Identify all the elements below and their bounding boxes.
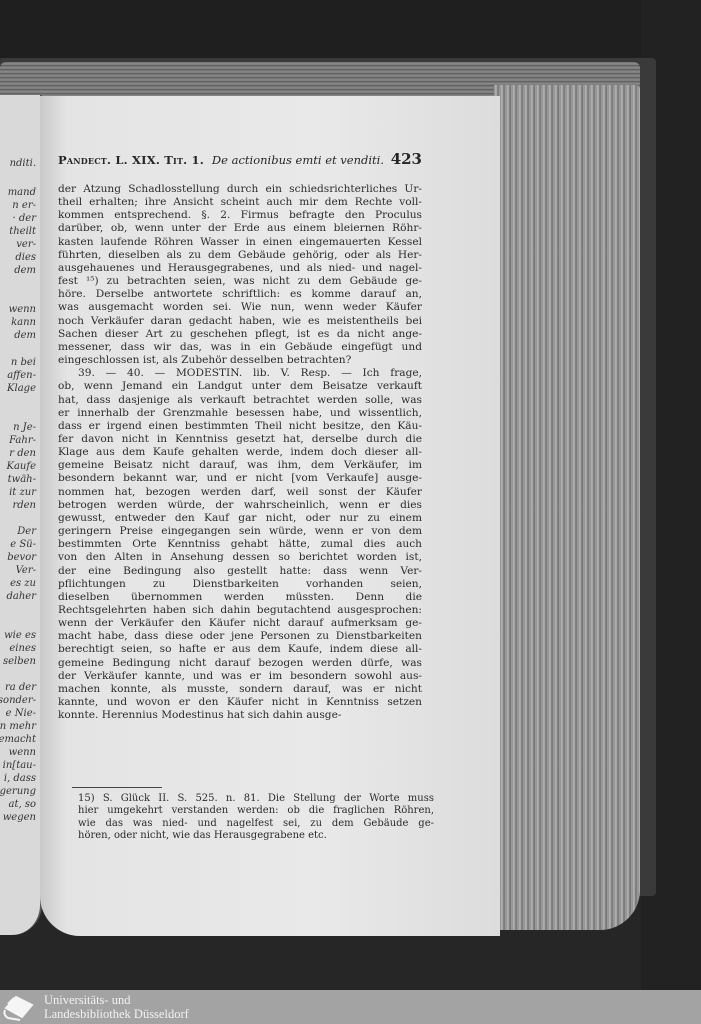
text-line: Sachen dieser Art zu geschehen pflegt, i… <box>58 328 422 341</box>
text-line: dass er irgend einen bestimmten Theil ni… <box>58 420 422 433</box>
left-page-text-fragment: Kaufe <box>7 461 37 472</box>
text-line: Rechtsgelehrten haben sich dahin begutac… <box>58 604 422 617</box>
text-line: fest ¹⁵) zu betrachten seien, was nicht … <box>58 275 422 288</box>
text-line: 39. — 40. — MODESTIN. lib. V. Resp. — Ic… <box>58 367 422 380</box>
left-page-text-fragment: dem <box>14 330 36 341</box>
text-line: kannte, und wovon er den Käufer nicht in… <box>58 696 422 709</box>
library-name-line2: Landesbibliothek Düsseldorf <box>44 1007 189 1021</box>
text-line: gewusst, entweder den Kauf gar nicht, od… <box>58 512 422 525</box>
left-page-text-fragment: n bei <box>11 357 36 368</box>
left-page-text-fragment: e Nie- <box>6 708 36 719</box>
footnote-line: 15) S. Glück II. S. 525. n. 81. Die Stel… <box>78 793 434 805</box>
footnote-line: wie das was nied- und nagelfest sei, zu … <box>78 818 434 830</box>
text-line: dieselben übernommen werden müssten. Den… <box>58 591 422 604</box>
text-line: noch Verkäufer daran gedacht haben, wie … <box>58 315 422 328</box>
left-page-text-fragment: daher <box>6 591 36 602</box>
text-line: ob, wenn Jemand ein Landgut unter dem Be… <box>58 380 422 393</box>
text-line: berechtigt seien, so hafte er aus dem Ka… <box>58 643 422 656</box>
left-page-text-fragment: dem <box>14 265 36 276</box>
text-line: darüber, ob, wenn unter der Erde aus ein… <box>58 222 422 235</box>
left-page-text-fragment: es zu <box>10 578 36 589</box>
left-page-text-fragment: emacht <box>0 734 36 745</box>
footnote-divider <box>72 787 162 788</box>
left-page-text-fragment: affen- <box>7 370 36 381</box>
left-page-text-fragment: at, so <box>9 799 37 810</box>
text-line: von den Alten in Ansehung dessen so beri… <box>58 551 422 564</box>
left-page-text-fragment: Ver- <box>16 565 36 576</box>
left-page-text-fragment: twäh- <box>8 474 36 485</box>
library-footer-bar: Universitäts- und Landesbibliothek Düsse… <box>0 990 701 1024</box>
left-page-text-fragment: Fahr- <box>9 435 36 446</box>
text-line: konnte. Herennius Modestinus hat sich da… <box>58 709 422 722</box>
left-page-text-fragment: r den <box>9 448 36 459</box>
text-line: macht habe, dass diese oder jene Persone… <box>58 630 422 643</box>
text-line: der eine Bedingung also gestellt hatte: … <box>58 565 422 578</box>
text-line: ausgehauenes und Herausgegrabenes, und a… <box>58 262 422 275</box>
text-line: geringern Preise eingegangen sein würde,… <box>58 525 422 538</box>
left-page-text-fragment: e Sü- <box>10 539 36 550</box>
text-line: fer davon nicht in Kenntniss gesetzt hat… <box>58 433 422 446</box>
left-page-text-fragment: sonder- <box>0 695 36 706</box>
running-head-title: De actionibus emti et venditi. <box>212 153 391 167</box>
text-line: hat, dass dasjenige als verkauft betrach… <box>58 394 422 407</box>
left-page-text-fragment: theilt <box>9 226 36 237</box>
left-page-text-fragment: rden <box>12 500 36 511</box>
left-page-text-fragment: Der <box>17 526 36 537</box>
footnote-line: hören, oder nicht, wie das Herausgegrabe… <box>78 830 434 842</box>
text-line: höre. Derselbe antwortete schriftlich: e… <box>58 288 422 301</box>
running-head-section: Pandect. L. XIX. Tit. 1. <box>58 153 204 167</box>
text-line: führten, dieselben als zu dem Gebäude ge… <box>58 249 422 262</box>
library-book-logo-icon <box>2 992 36 1022</box>
text-line: der Atzung Schadlosstellung durch ein sc… <box>58 183 422 196</box>
page-number: 423 <box>391 150 422 168</box>
left-page-text-fragment: in[tau- <box>3 760 36 771</box>
footnote-line: hier umgekehrt verstanden werden: ob die… <box>78 805 434 817</box>
running-head: Pandect. L. XIX. Tit. 1. De actionibus e… <box>58 150 422 168</box>
text-line: besondern bekannt war, und er nicht [vom… <box>58 472 422 485</box>
left-page-text-fragment: n er- <box>12 200 36 211</box>
text-line: kasten laufende Röhren Wasser in einen e… <box>58 236 422 249</box>
left-page-text-fragment: · der <box>13 213 36 224</box>
left-page-text-fragment: nditi. <box>10 158 36 169</box>
left-page-text-fragment: i, dass <box>4 773 36 784</box>
library-name: Universitäts- und Landesbibliothek Düsse… <box>44 993 189 1021</box>
text-line: was ausgemacht worden sei. Wie nun, wenn… <box>58 301 422 314</box>
left-page-text-fragment: ra der <box>5 682 36 693</box>
text-line: pflichtungen zu Dienstbarkeiten vorhande… <box>58 578 422 591</box>
left-page-text-fragment: mand <box>8 187 36 198</box>
left-page-text-fragment: ver- <box>16 239 36 250</box>
left-page-text-fragment: gerung <box>0 786 36 797</box>
text-line: wenn der Verkäufer den Käufer nicht dara… <box>58 617 422 630</box>
text-line: Klage aus dem Kaufe gehalten werde, inde… <box>58 446 422 459</box>
text-line: er innerhalb der Grenzmahle besessen hab… <box>58 407 422 420</box>
text-line: theil erhalten; ihre Ansicht scheint auc… <box>58 196 422 209</box>
main-text-block: der Atzung Schadlosstellung durch ein sc… <box>58 183 422 722</box>
text-line: der Verkäufer kannte, und was er im beso… <box>58 670 422 683</box>
text-line: nommen hat, bezogen werden darf, weil so… <box>58 486 422 499</box>
left-page-text-fragment: eines <box>9 643 36 654</box>
scan-background-top <box>0 0 701 62</box>
text-line: gemeine Bedingung nicht darauf bezogen w… <box>58 657 422 670</box>
left-page-text-fragment: wenn <box>9 747 36 758</box>
left-page-text-fragment: wie es <box>4 630 36 641</box>
book-fore-edge-pages <box>494 85 640 930</box>
left-page-text-fragment: wegen <box>3 812 36 823</box>
left-page-text-fragment: n Je- <box>13 422 36 433</box>
text-line: bestimmten Orte Kenntniss gehabt hätte, … <box>58 538 422 551</box>
left-page-text-fragment: bevor <box>7 552 36 563</box>
footnote: 15) S. Glück II. S. 525. n. 81. Die Stel… <box>78 793 434 843</box>
left-page-text-fragment: wenn <box>9 304 36 315</box>
text-line: messener, dass wir das, was in ein Gebäu… <box>58 341 422 354</box>
left-page-text-fragment: Klage <box>7 383 36 394</box>
text-line: eingeschlossen ist, als Zubehör desselbe… <box>58 354 422 367</box>
left-page-text-fragment: dies <box>15 252 36 263</box>
left-page-text-fragment: kann <box>11 317 36 328</box>
left-page-text-fragment: it zur <box>9 487 36 498</box>
text-line: kommen entsprechend. §. 2. Firmus befrag… <box>58 209 422 222</box>
library-name-line1: Universitäts- und <box>44 993 189 1007</box>
left-page-text-fragment: n mehr <box>0 721 36 732</box>
text-line: betrogen werden würde, der wahrscheinlic… <box>58 499 422 512</box>
left-page-fragment: nditi.mandn er-· dertheiltver-diesdemwen… <box>0 95 42 935</box>
text-line: machen konnte, als musste, sondern darau… <box>58 683 422 696</box>
left-page-text-fragment: selben <box>3 656 36 667</box>
text-line: gemeine Beisatz nicht darauf, was ihm, d… <box>58 459 422 472</box>
